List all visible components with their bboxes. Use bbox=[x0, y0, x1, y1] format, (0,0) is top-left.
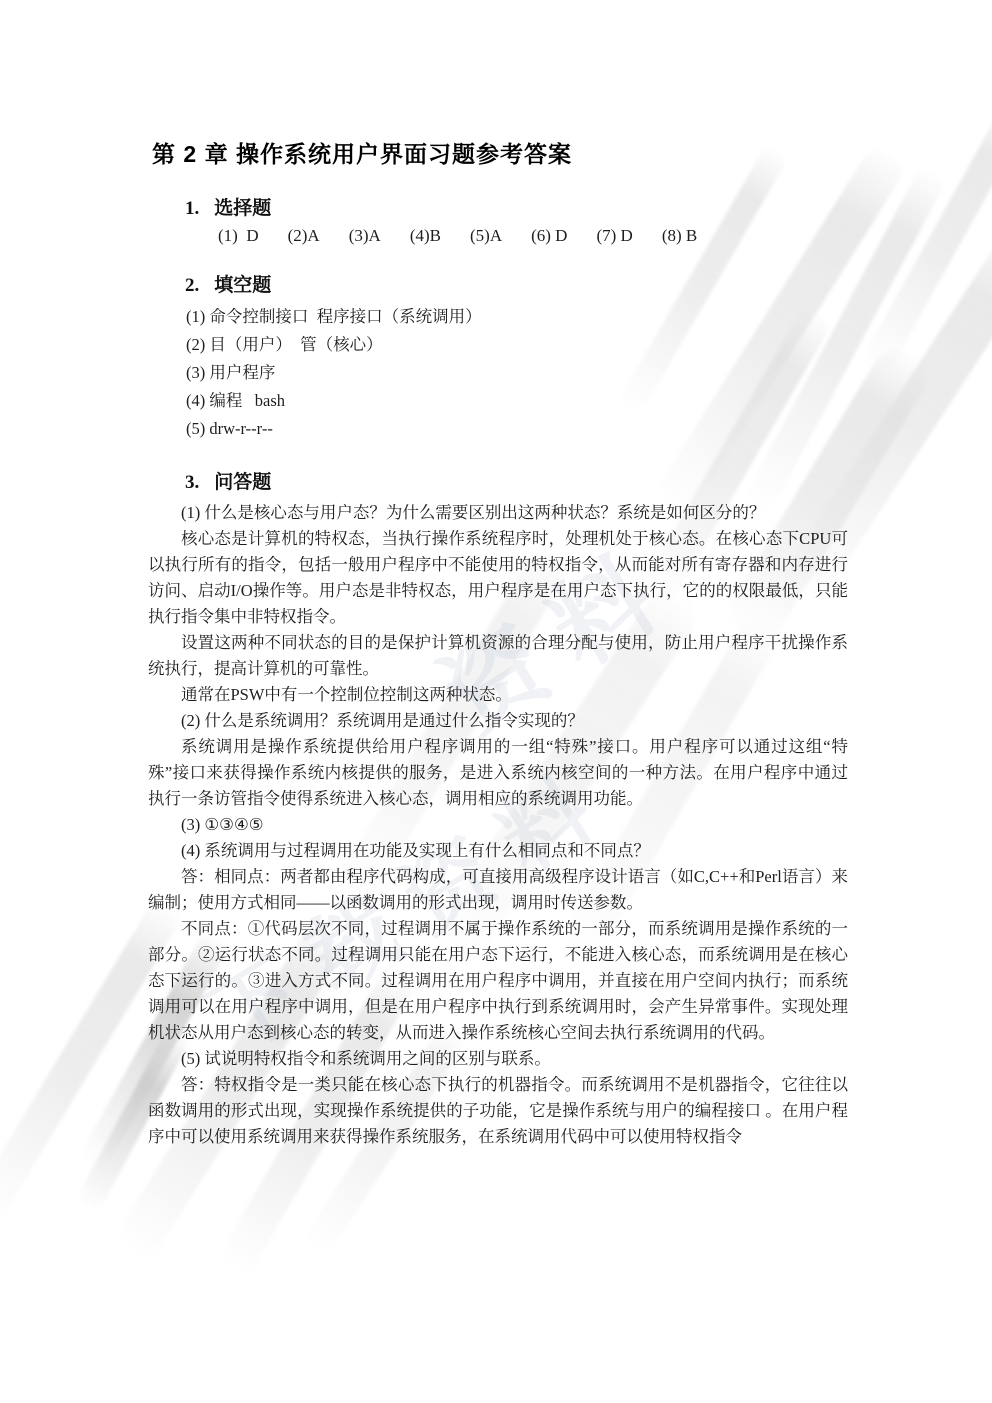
fill-answers-list: (1) 命令控制接口 程序接口（系统调用） (2) 目（用户） 管（核心） (3… bbox=[186, 303, 848, 443]
fill-answer-item: (3) 用户程序 bbox=[186, 359, 848, 387]
section-label: 选择题 bbox=[214, 198, 271, 219]
fill-answer-item: (5) drw-r--r-- bbox=[186, 415, 848, 443]
fill-answer-item: (4) 编程 bash bbox=[186, 387, 848, 415]
choice-answer: (7) D bbox=[596, 226, 632, 246]
choice-answer: (4)B bbox=[410, 226, 441, 246]
document-content: 第 2 章 操作系统用户界面习题参考答案 1.选择题 (1) D (2)A (3… bbox=[0, 0, 992, 1150]
section-heading-choice: 1.选择题 bbox=[185, 193, 848, 220]
fill-answer-item: (2) 目（用户） 管（核心） bbox=[186, 331, 848, 359]
choice-answer: (5)A bbox=[470, 226, 502, 246]
section-heading-qa: 3.问答题 bbox=[185, 467, 848, 494]
qa-paragraph: 答：相同点：两者都由程序代码构成，可直接用高级程序设计语言（如C,C++和Per… bbox=[148, 864, 848, 916]
qa-paragraph: (5) 试说明特权指令和系统调用之间的区别与联系。 bbox=[148, 1046, 848, 1072]
qa-paragraph: 答：特权指令是一类只能在核心态下执行的机器指令。而系统调用不是机器指令，它往往以… bbox=[148, 1072, 848, 1150]
section-number: 3. bbox=[185, 472, 199, 494]
document-page: 资料 下载资料 第 2 章 操作系统用户界面习题参考答案 1.选择题 (1) D… bbox=[0, 0, 992, 1403]
choice-answers-row: (1) D (2)A (3)A (4)B (5)A (6) D (7) D (8… bbox=[218, 226, 848, 246]
qa-paragraph: 核心态是计算机的特权态，当执行操作系统程序时，处理机处于核心态。在核心态下CPU… bbox=[148, 526, 848, 630]
choice-answer: (2)A bbox=[288, 226, 320, 246]
section-label: 问答题 bbox=[214, 472, 271, 493]
section-label: 填空题 bbox=[214, 275, 271, 296]
qa-paragraph: (4) 系统调用与过程调用在功能及实现上有什么相同点和不同点？ bbox=[148, 838, 848, 864]
page-title: 第 2 章 操作系统用户界面习题参考答案 bbox=[152, 136, 848, 169]
qa-paragraph: (2) 什么是系统调用？系统调用是通过什么指令实现的？ bbox=[148, 708, 848, 734]
choice-answer: (6) D bbox=[531, 226, 567, 246]
qa-paragraph: (3) ①③④⑤ bbox=[148, 812, 848, 838]
choice-answer: (8) B bbox=[662, 226, 697, 246]
qa-paragraph: 设置这两种不同状态的目的是保护计算机资源的合理分配与使用，防止用户程序干扰操作系… bbox=[148, 630, 848, 682]
qa-paragraph: 系统调用是操作系统提供给用户程序调用的一组“特殊”接口。用户程序可以通过这组“特… bbox=[148, 734, 848, 812]
choice-answer: (3)A bbox=[349, 226, 381, 246]
qa-paragraph: 通常在PSW中有一个控制位控制这两种状态。 bbox=[148, 682, 848, 708]
qa-paragraph: (1) 什么是核心态与用户态？为什么需要区别出这两种状态？系统是如何区分的？ bbox=[148, 500, 848, 526]
section-heading-fill: 2.填空题 bbox=[185, 270, 848, 297]
section-number: 1. bbox=[185, 198, 199, 220]
choice-answer: (1) D bbox=[218, 226, 259, 246]
fill-answer-item: (1) 命令控制接口 程序接口（系统调用） bbox=[186, 303, 848, 331]
qa-paragraph: 不同点：①代码层次不同，过程调用不属于操作系统的一部分，而系统调用是操作系统的一… bbox=[148, 916, 848, 1046]
qa-paragraphs: (1) 什么是核心态与用户态？为什么需要区别出这两种状态？系统是如何区分的？ 核… bbox=[148, 500, 848, 1150]
section-number: 2. bbox=[185, 275, 199, 297]
